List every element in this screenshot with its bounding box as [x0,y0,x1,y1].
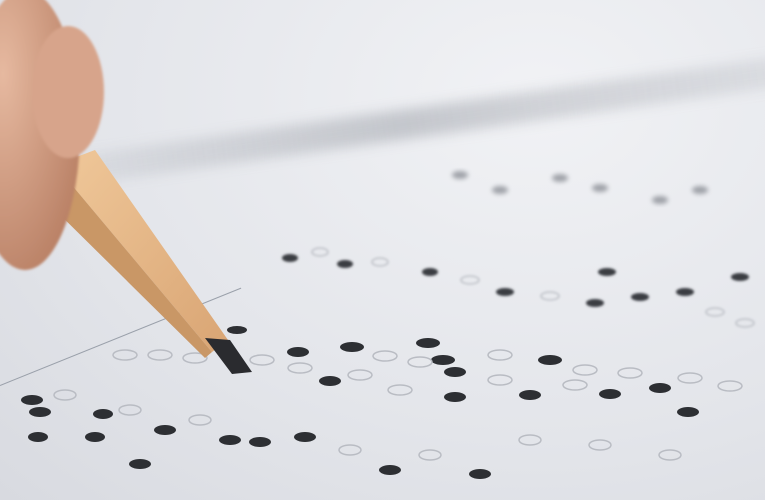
photo-background [0,0,765,500]
answer-sheet-illustration [0,0,765,500]
